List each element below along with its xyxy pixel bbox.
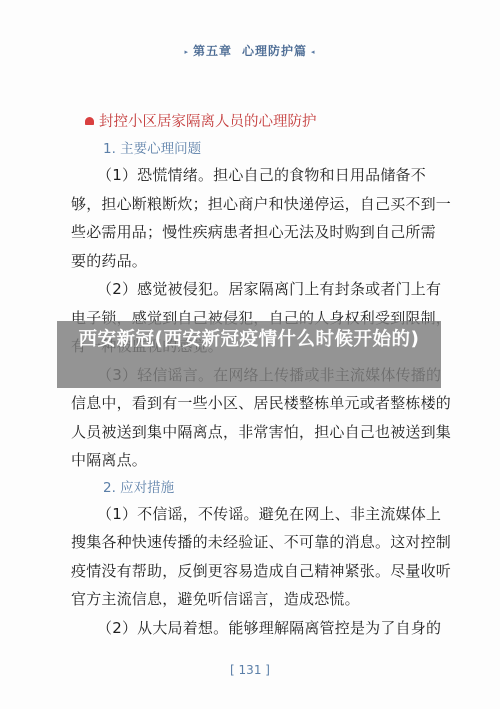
paragraph-line: （2）感觉被侵犯。居家隔离门上有封条或者门上有 xyxy=(97,278,477,299)
overlay-title-banner: 西安新冠(西安新冠疫情什么时候开始的) xyxy=(57,321,441,388)
paragraph-line: 些必需用品；慢性疾病患者担心无法及时购到自己所需 xyxy=(71,221,451,242)
red-bullet-icon xyxy=(85,117,94,125)
paragraph-line: 要的药品。 xyxy=(71,250,451,271)
section-title: 封控小区居家隔离人员的心理防护 xyxy=(85,110,317,131)
subhead-main-problems: 1. 主要心理问题 xyxy=(103,137,201,157)
paragraph-line: 信息中，看到有一些小区、居民楼整栋单元或者整栋楼的 xyxy=(71,392,451,413)
paragraph-line: 官方主流信息，避免听信谣言，造成恐慌。 xyxy=(71,588,451,609)
subhead-countermeasures: 2. 应对措施 xyxy=(103,476,174,496)
overlay-title: 西安新冠(西安新冠疫情什么时候开始的) xyxy=(57,325,441,355)
triangle-right-icon: ▸ xyxy=(184,47,189,56)
chapter-number: 第五章 xyxy=(193,44,232,58)
page-number: [ 131 ] xyxy=(0,663,500,677)
document-page: ▸第五章心理防护篇◂ 封控小区居家隔离人员的心理防护 1. 主要心理问题 （1）… xyxy=(0,0,500,709)
paragraph-line: 中隔离点。 xyxy=(71,449,451,470)
chapter-title: 心理防护篇 xyxy=(242,44,307,58)
section-title-text: 封控小区居家隔离人员的心理防护 xyxy=(99,114,317,130)
paragraph-line: 疫情没有帮助，反倒更容易造成自己精神紧张。尽量收听 xyxy=(71,560,451,581)
paragraph-line: 搜集各种快速传播的未经验证、不可靠的消息。这对控制 xyxy=(71,531,451,552)
chapter-header: ▸第五章心理防护篇◂ xyxy=(0,42,500,59)
paragraph-line: （2）从大局着想。能够理解隔离管控是为了自身的 xyxy=(97,617,477,638)
triangle-left-icon: ◂ xyxy=(311,47,316,56)
paragraph-line: （1）恐慌情绪。担心自己的食物和日用品储备不 xyxy=(97,164,477,185)
paragraph-line: 人员被送到集中隔离点，非常害怕，担心自己也被送到集 xyxy=(71,421,451,442)
paragraph-line: 够，担心断粮断炊；担心商户和快递停运，自己买不到一 xyxy=(71,193,451,214)
paragraph-line: （1）不信谣，不传谣。避免在网上、非主流媒体上 xyxy=(97,503,477,524)
